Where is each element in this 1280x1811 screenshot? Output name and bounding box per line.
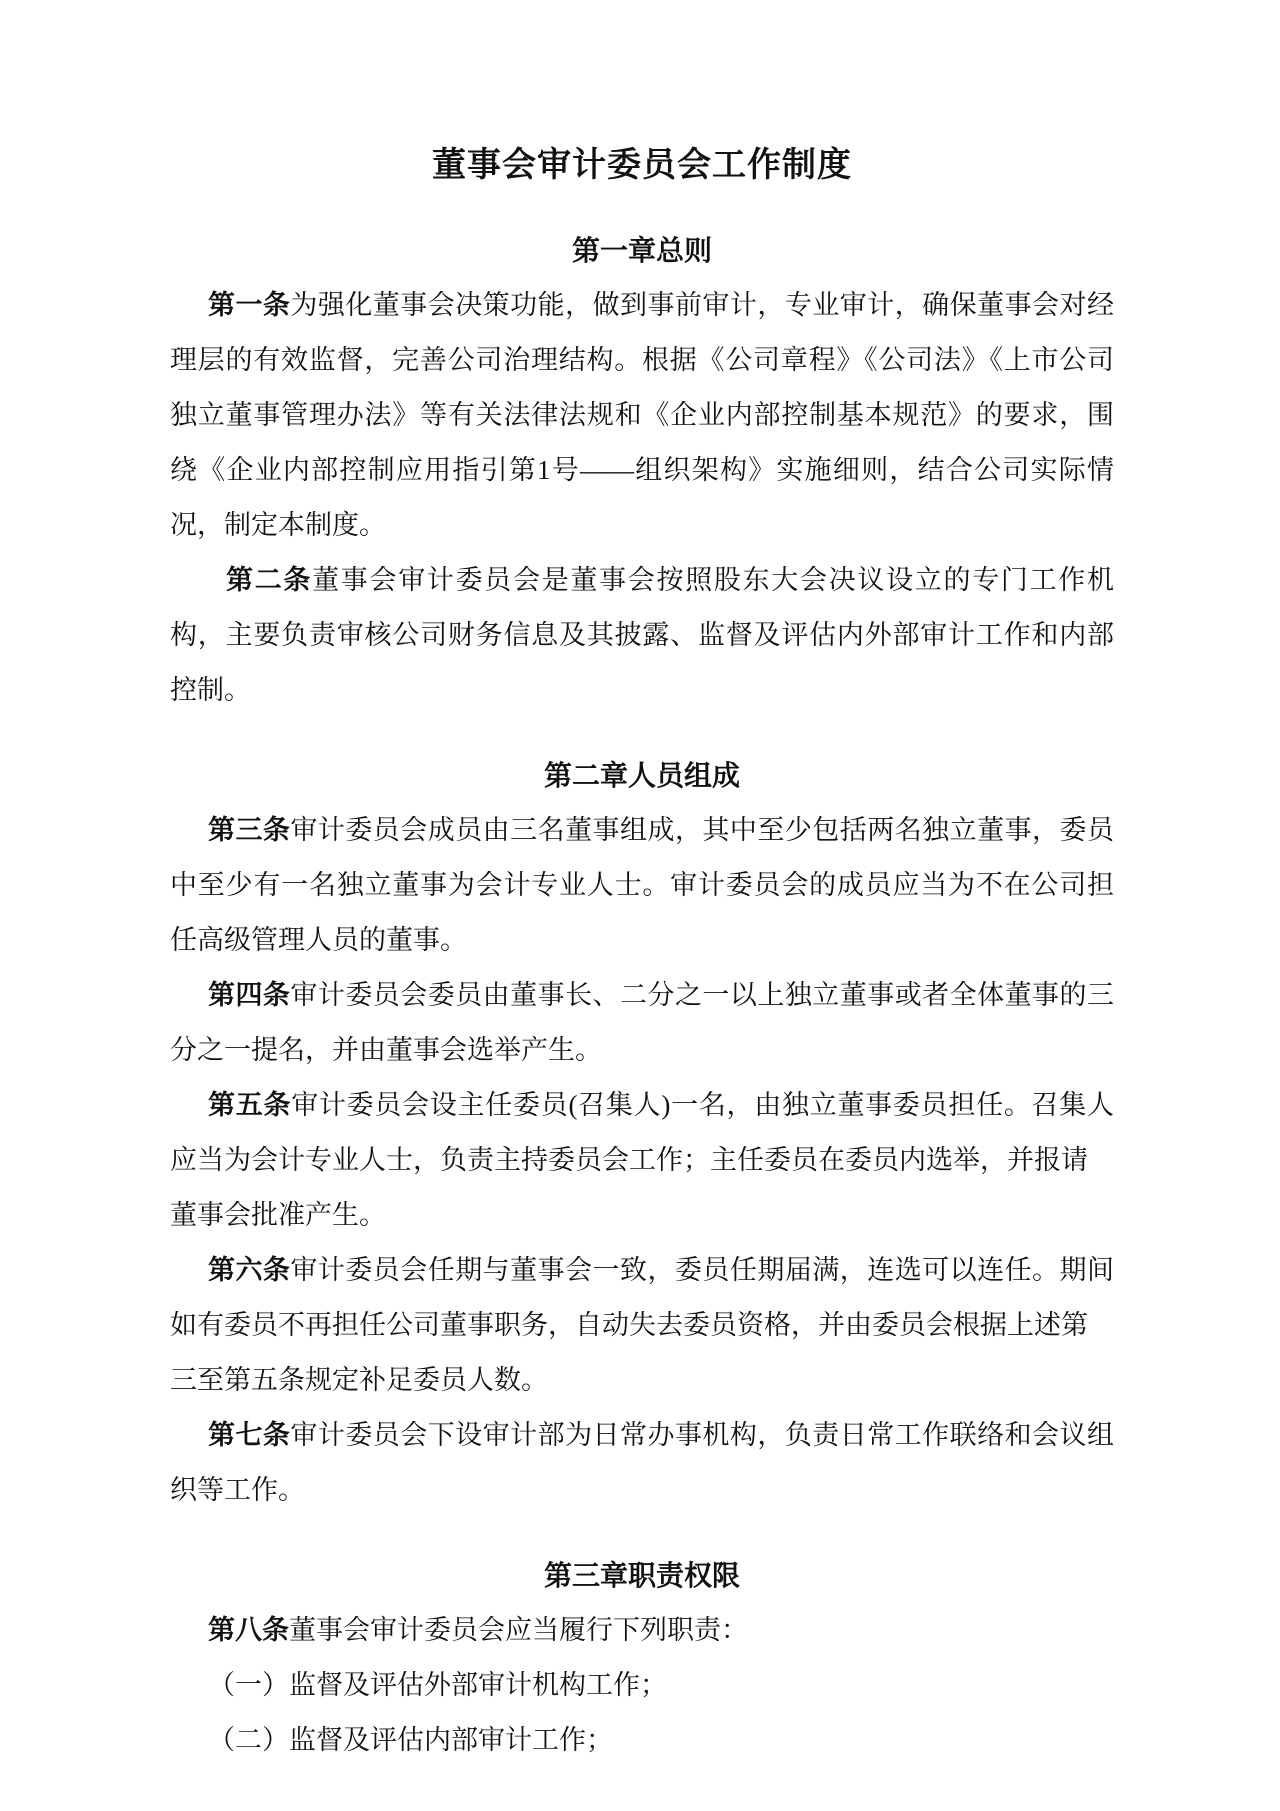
article-8-term: 第八条 bbox=[208, 1615, 289, 1645]
article-7-term: 第七条 bbox=[208, 1420, 290, 1450]
paragraph-article-2: 第二条董事会审计委员会是董事会按照股东大会决议设立的专门工作机构，主要负责审核公… bbox=[170, 553, 1114, 718]
duty-list-item-2: （二）监督及评估内部审计工作； bbox=[170, 1713, 1114, 1768]
document-page: 董事会审计委员会工作制度 第一章总则 第一条为强化董事会决策功能，做到事前审计，… bbox=[0, 0, 1280, 1811]
article-4-text: 审计委员会委员由董事长、二分之一以上独立董事或者全体董事的三分之一提名，并由董事… bbox=[170, 980, 1114, 1065]
chapter-heading-1: 第一章总则 bbox=[170, 223, 1114, 278]
article-6-term: 第六条 bbox=[208, 1255, 290, 1285]
article-1-text: 为强化董事会决策功能，做到事前审计，专业审计，确保董事会对经理层的有效监督，完善… bbox=[170, 290, 1114, 540]
document-title: 董事会审计委员会工作制度 bbox=[170, 138, 1114, 193]
paragraph-article-5: 第五条审计委员会设主任委员(召集人)一名，由独立董事委员担任。召集人应当为会计专… bbox=[170, 1078, 1114, 1243]
paragraph-article-6: 第六条审计委员会任期与董事会一致，委员任期届满，连选可以连任。期间如有委员不再担… bbox=[170, 1243, 1114, 1408]
duty-list-item-1-text: （一）监督及评估外部审计机构工作； bbox=[208, 1670, 667, 1700]
article-7-text: 审计委员会下设审计部为日常办事机构，负责日常工作联络和会议组织等工作。 bbox=[170, 1420, 1114, 1505]
chapter-heading-3: 第三章职责权限 bbox=[170, 1548, 1114, 1603]
article-2-term: 第二条 bbox=[226, 565, 312, 595]
chapter-heading-2: 第二章人员组成 bbox=[170, 748, 1114, 803]
article-2-text: 董事会审计委员会是董事会按照股东大会决议设立的专门工作机构，主要负责审核公司财务… bbox=[170, 565, 1114, 705]
paragraph-article-3: 第三条审计委员会成员由三名董事组成，其中至少包括两名独立董事，委员中至少有一名独… bbox=[170, 803, 1114, 968]
article-4-term: 第四条 bbox=[208, 980, 290, 1010]
duty-list-item-1: （一）监督及评估外部审计机构工作； bbox=[170, 1658, 1114, 1713]
article-1-term: 第一条 bbox=[208, 290, 290, 320]
article-5-term: 第五条 bbox=[208, 1090, 291, 1120]
article-6-text: 审计委员会任期与董事会一致，委员任期届满，连选可以连任。期间如有委员不再担任公司… bbox=[170, 1255, 1114, 1395]
article-5-text: 审计委员会设主任委员(召集人)一名，由独立董事委员担任。召集人应当为会计专业人士… bbox=[170, 1090, 1114, 1230]
paragraph-article-4: 第四条审计委员会委员由董事长、二分之一以上独立董事或者全体董事的三分之一提名，并… bbox=[170, 968, 1114, 1078]
paragraph-article-1: 第一条为强化董事会决策功能，做到事前审计，专业审计，确保董事会对经理层的有效监督… bbox=[170, 278, 1114, 553]
paragraph-article-8: 第八条董事会审计委员会应当履行下列职责： bbox=[170, 1603, 1114, 1658]
duty-list-item-2-text: （二）监督及评估内部审计工作； bbox=[208, 1725, 613, 1755]
article-3-term: 第三条 bbox=[208, 815, 290, 845]
article-3-text: 审计委员会成员由三名董事组成，其中至少包括两名独立董事，委员中至少有一名独立董事… bbox=[170, 815, 1114, 955]
paragraph-article-7: 第七条审计委员会下设审计部为日常办事机构，负责日常工作联络和会议组织等工作。 bbox=[170, 1408, 1114, 1518]
article-8-text: 董事会审计委员会应当履行下列职责： bbox=[289, 1615, 748, 1645]
